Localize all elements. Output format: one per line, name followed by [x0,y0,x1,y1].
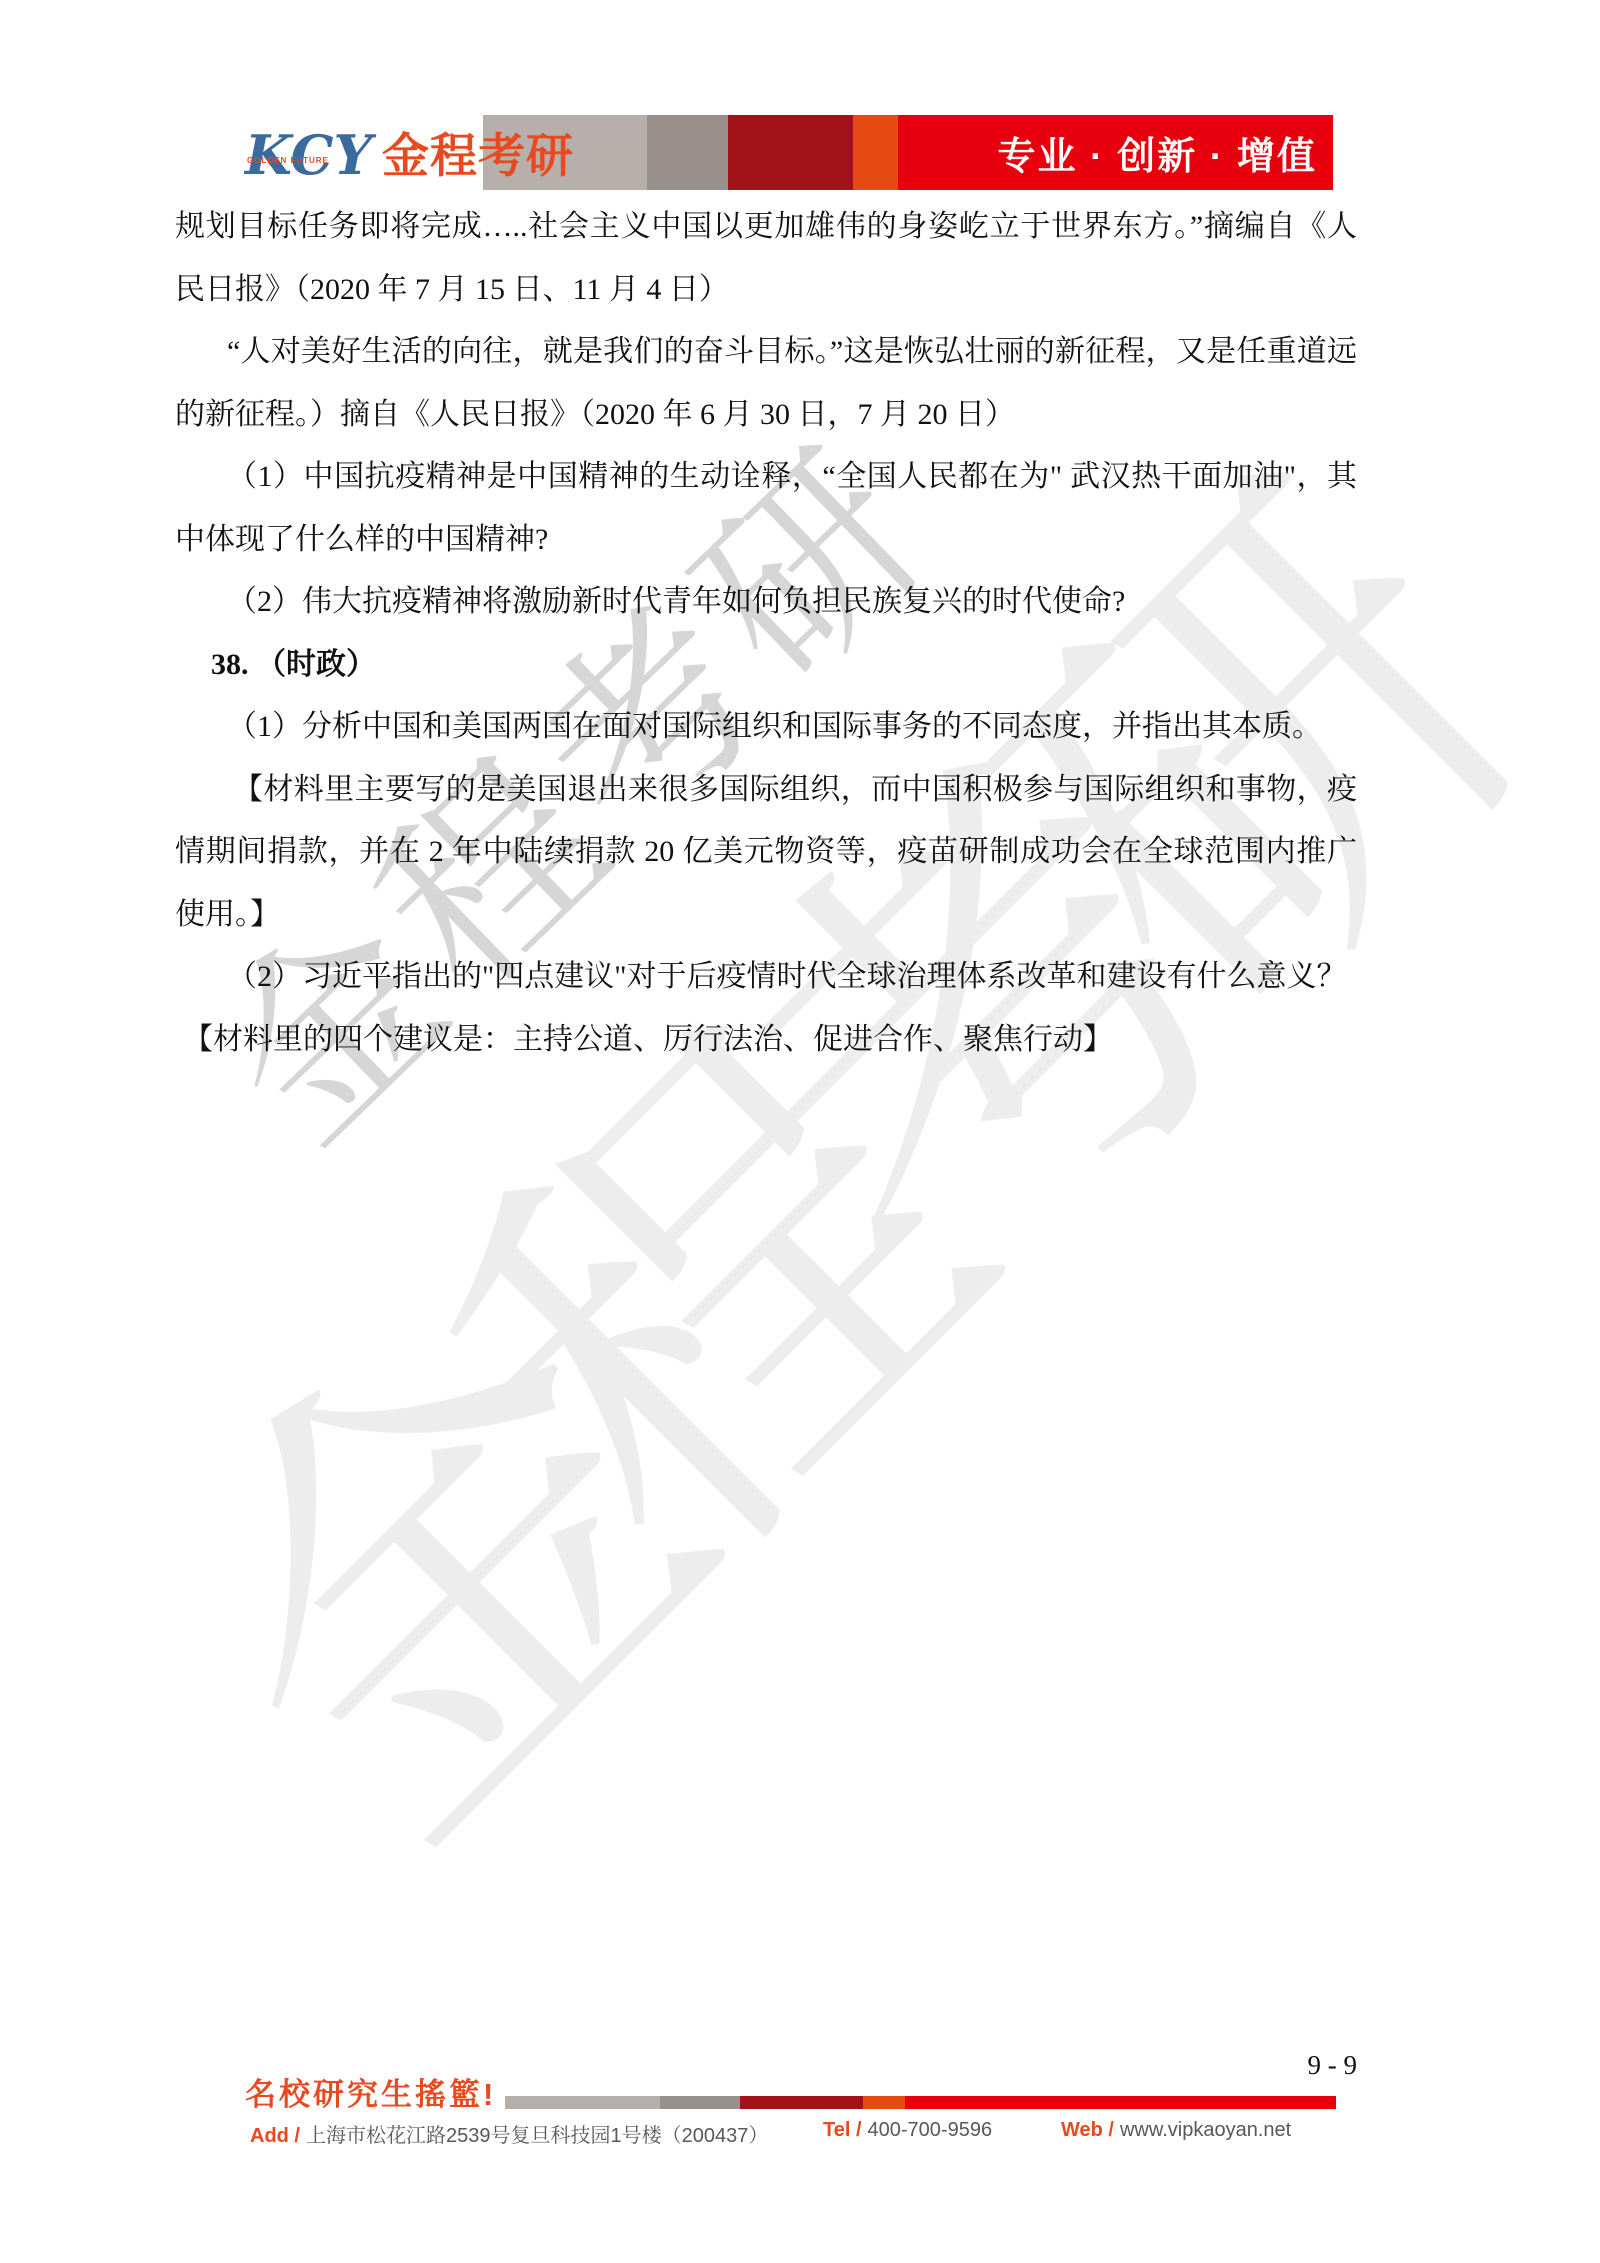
footer-contact-info: Add /上海市松花江路2539号复旦科技园1号楼（200437） Tel /4… [250,2119,1360,2149]
question-37-part2: （2）伟大抗疫精神将激励新时代青年如何负担民族复兴的时代使命? [175,571,1357,634]
footer-bar [505,2096,1336,2109]
web-label: Web / [1061,2119,1114,2141]
logo-subtext: GOLDEN FUTURE [247,134,329,188]
banner-segment-gray-dark [647,115,728,190]
web-value: www.vipkaoyan.net [1120,2119,1291,2141]
banner-slogan: 专业 · 创新 · 增值 [997,125,1333,180]
page-number: 9 - 9 [1308,2050,1358,2081]
question-37-part1: （1）中国抗疫精神是中国精神的生动诠释，“全国人民都在为" 武汉热干面加油"，其… [175,446,1357,571]
question-38-part2: （2）习近平指出的"四点建议"对于后疫情时代全球治理体系改革和建设有什么意义？ [175,946,1357,1009]
paragraph: 规划目标任务即将完成…..社会主义中国以更加雄伟的身姿屹立于世界东方。”摘编自《… [175,196,1357,321]
address-value: 上海市松花江路2539号复旦科技园1号楼（200437） [306,2125,768,2147]
footer-segment-gray-dark [660,2096,740,2109]
document-page: 金程考研 金程考研 KCY GOLDEN FUTURE 金程考研 专业 · 创新… [0,0,1600,2263]
footer-address: Add /上海市松花江路2539号复旦科技园1号楼（200437） [250,2119,768,2148]
tel-value: 400-700-9596 [868,2119,993,2141]
footer-segment-gray-light [505,2096,660,2109]
banner-segment-dark-red [728,115,853,190]
kcy-logo-icon: KCY GOLDEN FUTURE [245,128,382,182]
question-38-part1: （1）分析中国和美国两国在面对国际组织和国际事务的不同态度，并指出其本质。 [175,696,1357,759]
brand-name: 金程考研 [382,132,574,179]
footer-segment-red [905,2096,1336,2109]
tel-label: Tel / [823,2119,862,2141]
footer-telephone: Tel /400-700-9596 [823,2119,992,2142]
paragraph: “人对美好生活的向往，就是我们的奋斗目标。”这是恢弘壮丽的新征程，又是任重道远的… [175,321,1357,446]
footer-website: Web /www.vipkaoyan.net [1061,2119,1291,2142]
header-logo: KCY GOLDEN FUTURE 金程考研 [245,120,574,190]
header-banner: 专业 · 创新 · 增值 [483,115,1333,190]
material-note-1: 【材料里主要写的是美国退出来很多国际组织，而中国积极参与国际组织和事物，疫情期间… [175,759,1357,947]
document-body: 规划目标任务即将完成…..社会主义中国以更加雄伟的身姿屹立于世界东方。”摘编自《… [175,196,1357,1071]
footer-segment-orange [863,2096,905,2109]
material-note-2: 【材料里的四个建议是：主持公道、厉行法治、促进合作、聚焦行动】 [175,1009,1357,1072]
banner-segment-orange [853,115,898,190]
footer-slogan: 名校研究生搖籃! [245,2078,496,2112]
footer-segment-dark-red [740,2096,863,2109]
banner-segment-red: 专业 · 创新 · 增值 [898,115,1333,190]
address-label: Add / [250,2125,300,2147]
question-38-heading: 38. （时政） [175,634,1357,697]
